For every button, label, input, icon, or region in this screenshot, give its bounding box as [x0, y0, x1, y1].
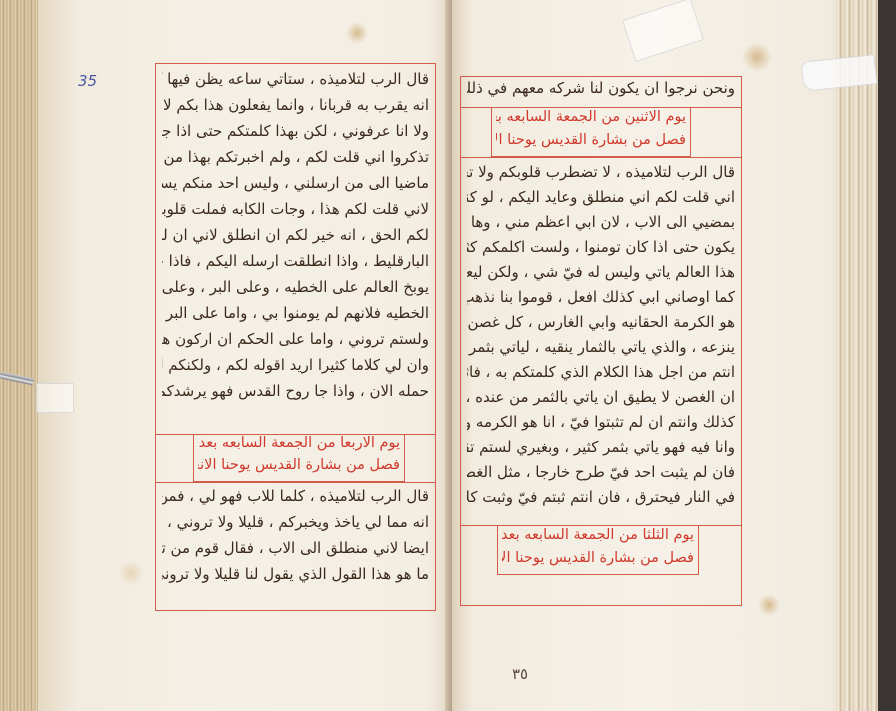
background-edge [878, 0, 896, 711]
text-line: قال الرب لتلاميذه ، كلما للاب فهو لي ، ف… [162, 487, 429, 515]
rubric-box-right-top: يوم الاثنين من الجمعة السابعه بعد الفصح … [491, 107, 691, 157]
text-line: الخطيه فلانهم لم يومنوا بي ، واما على ال… [162, 304, 429, 332]
folio-number-left: 35 [78, 72, 97, 90]
text-line: كما اوصاني ابي كذلك افعل ، قوموا بنا نذه… [467, 288, 735, 316]
text-line: يكون حتى اذا كان تومنوا ، ولست اكلمكم كث… [467, 238, 735, 266]
stain [742, 42, 772, 72]
text-line: فان لم يثبت احد فيّ طرح خارجا ، مثل الغص… [467, 463, 735, 491]
text-line: قال الرب لتلاميذه ، لا تضطرب قلوبكم ولا … [467, 163, 735, 191]
stain [758, 594, 780, 616]
text-line: البارقليط ، واذا انطلقت ارسله اليكم ، فا… [162, 252, 429, 280]
text-line: وان لي كلاما كثيرا اريد اقوله لكم ، ولكن… [162, 356, 429, 384]
text-line: ولستم تروني ، واما على الحكم ان اركون هذ… [162, 330, 429, 358]
right-page: ٣٥ ونحن نرجوا ان يكون لنا شركه معهم في ذ… [452, 0, 842, 711]
text-line: هو الكرمة الحقانيه وابي الغارس ، كل غصن … [467, 313, 735, 341]
folio-number-right: ٣٥ [512, 665, 528, 683]
text-line: هذا العالم ياتي وليس له فيّ شي ، ولكن لي… [467, 263, 735, 291]
rubric-title: يوم الاربعا من الجمعة السابعه بعد الفصح [198, 435, 400, 459]
text-line: ايضا لاني منطلق الى الاب ، فقال قوم من ت… [162, 539, 429, 567]
text-line: ونحن نرجوا ان يكون لنا شركه معهم في ذلك … [467, 79, 735, 107]
text-line: انتم من اجل هذا الكلام الذي كلمتكم به ، … [467, 363, 735, 391]
rubric-box-right-bottom: يوم الثلثا من الجمعة السابعه بعد الفصح ف… [497, 525, 699, 575]
text-line: ولا انا عرفوني ، لكن بهذا كلمتكم حتى اذا… [162, 122, 429, 150]
left-page-edges [0, 0, 40, 711]
text-line: اني قلت لكم اني منطلق وعايد اليكم ، لو ك… [467, 188, 735, 216]
text-line: ما هو هذا القول الذي يقول لنا قليلا ولا … [162, 565, 429, 593]
text-line: وانا فيه فهو ياتي بثمر كثير ، وبغيري لست… [467, 438, 735, 466]
open-manuscript: 35 قال الرب لتلاميذه ، ستاتي ساعه يظن في… [0, 0, 896, 711]
tape [36, 383, 74, 413]
text-line: انه يقرب به قربانا ، وانما يفعلون هذا بك… [162, 96, 429, 124]
rubric-title: يوم الاثنين من الجمعة السابعه بعد الفصح [496, 109, 686, 133]
text-line: في النار فيحترق ، فان انتم ثبتم فيّ وثبت… [467, 488, 735, 516]
text-frame-right: ونحن نرجوا ان يكون لنا شركه معهم في ذلك … [460, 76, 742, 606]
divider-rule [461, 157, 741, 158]
rubric-box-left: يوم الاربعا من الجمعة السابعه بعد الفصح … [193, 434, 405, 482]
text-frame-left: قال الرب لتلاميذه ، ستاتي ساعه يظن فيها … [155, 63, 436, 611]
left-page: 35 قال الرب لتلاميذه ، ستاتي ساعه يظن في… [38, 0, 452, 711]
text-line: ينزعه ، والذي ياتي بالثمار ينقيه ، لياتي… [467, 338, 735, 366]
rubric-subtitle: فصل من بشارة القديس يوحنا الانجيلي [502, 550, 694, 574]
stain [346, 22, 368, 44]
text-line: يوبخ العالم على الخطيه ، وعلى البر ، وعل… [162, 278, 429, 306]
text-line: لاني قلت لكم هذا ، وجات الكابه فملت قلوب… [162, 200, 429, 228]
rubric-subtitle: فصل من بشارة القديس يوحنا الانجيلي [198, 457, 400, 481]
text-line: تذكروا اني قلت لكم ، ولم اخبرتكم بهذا من… [162, 148, 429, 176]
text-line: ان الغصن لا يطيق ان ياتي بالثمر من عنده … [467, 388, 735, 416]
text-line: بمضيي الى الاب ، لان ابي اعظم مني ، وها … [467, 213, 735, 241]
divider-rule [156, 482, 435, 483]
stain [118, 560, 144, 586]
text-line: لكم الحق ، انه خير لكم ان انطلق لاني ان … [162, 226, 429, 254]
rubric-subtitle: فصل من بشارة القديس يوحنا الانجيلي [496, 132, 686, 156]
text-line: كذلك وانتم ان لم تثبتوا فيّ ، انا هو الك… [467, 413, 735, 441]
rubric-title: يوم الثلثا من الجمعة السابعه بعد الفصح [502, 527, 694, 551]
text-line: قال الرب لتلاميذه ، ستاتي ساعه يظن فيها … [162, 70, 429, 98]
text-line: انه مما لي ياخذ ويخبركم ، قليلا ولا ترون… [162, 513, 429, 541]
text-line: حمله الان ، واذا جا روح القدس فهو يرشدكم… [162, 382, 429, 410]
text-line: ماضيا الى من ارسلني ، وليس احد منكم يسال… [162, 174, 429, 202]
tape [622, 0, 704, 62]
